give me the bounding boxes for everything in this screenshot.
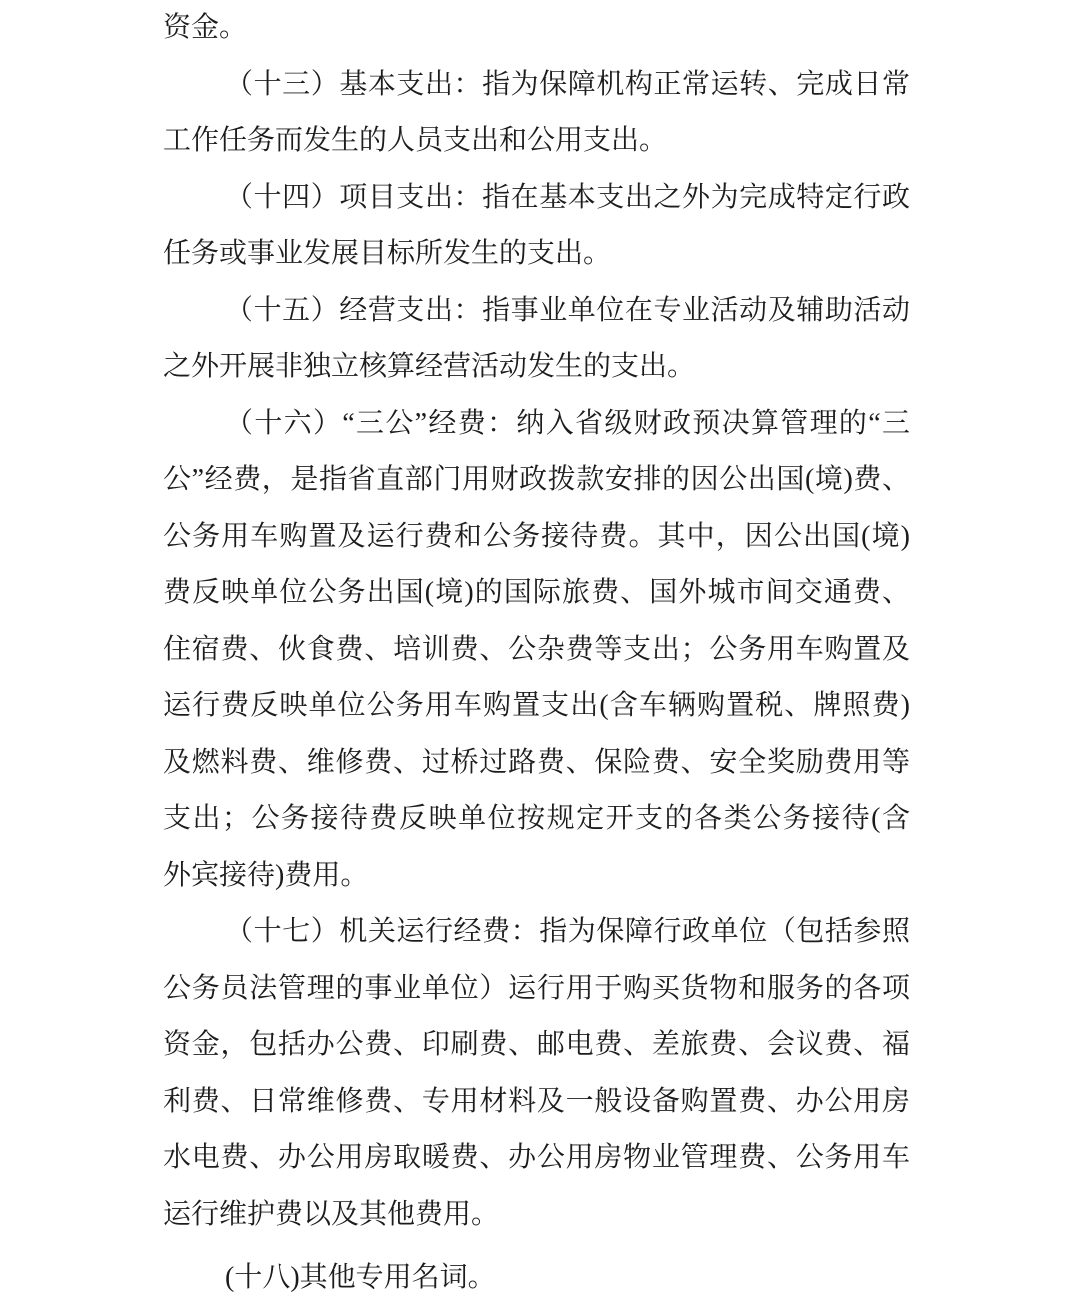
text-line: 外宾接待)费用。 [163, 848, 910, 905]
text-line: 资金，包括办公费、印刷费、邮电费、差旅费、会议费、福 [163, 1017, 910, 1074]
paragraph-item-15: （十五）经营支出：指事业单位在专业活动及辅助活动 之外开展非独立核算经营活动发生… [163, 283, 910, 396]
text-line: （十六）“三公”经费：纳入省级财政预决算管理的“三 [163, 396, 910, 453]
text-line: （十五）经营支出：指事业单位在专业活动及辅助活动 [163, 283, 910, 340]
text-line: 资金。 [163, 0, 910, 57]
paragraph-item-14: （十四）项目支出：指在基本支出之外为完成特定行政 任务或事业发展目标所发生的支出… [163, 170, 910, 283]
text-line: 水电费、办公用房取暖费、办公用房物业管理费、公务用车 [163, 1130, 910, 1187]
paragraph-item-18: (十八)其他专用名词。 [163, 1250, 910, 1307]
text-line: 及燃料费、维修费、过桥过路费、保险费、安全奖励费用等 [163, 735, 910, 792]
paragraph-item-13: （十三）基本支出：指为保障机构正常运转、完成日常 工作任务而发生的人员支出和公用… [163, 57, 910, 170]
text-line: （十七）机关运行经费：指为保障行政单位（包括参照 [163, 904, 910, 961]
text-line: (十八)其他专用名词。 [163, 1250, 910, 1307]
text-line: 运行费反映单位公务用车购置支出(含车辆购置税、牌照费) [163, 678, 910, 735]
text-line: 公务员法管理的事业单位）运行用于购买货物和服务的各项 [163, 961, 910, 1018]
text-line: 之外开展非独立核算经营活动发生的支出。 [163, 339, 910, 396]
paragraph-carryover: 资金。 [163, 0, 910, 57]
text-line: （十三）基本支出：指为保障机构正常运转、完成日常 [163, 57, 910, 114]
text-line: 公”经费，是指省直部门用财政拨款安排的因公出国(境)费、 [163, 452, 910, 509]
text-line: 任务或事业发展目标所发生的支出。 [163, 226, 910, 283]
text-line: 费反映单位公务出国(境)的国际旅费、国外城市间交通费、 [163, 565, 910, 622]
text-line: 支出；公务接待费反映单位按规定开支的各类公务接待(含 [163, 791, 910, 848]
paragraph-item-17: （十七）机关运行经费：指为保障行政单位（包括参照 公务员法管理的事业单位）运行用… [163, 904, 910, 1243]
text-line: 住宿费、伙食费、培训费、公杂费等支出；公务用车购置及 [163, 622, 910, 679]
document-page: 资金。 （十三）基本支出：指为保障机构正常运转、完成日常 工作任务而发生的人员支… [0, 0, 1074, 1307]
paragraph-item-16: （十六）“三公”经费：纳入省级财政预决算管理的“三 公”经费，是指省直部门用财政… [163, 396, 910, 905]
text-line: 利费、日常维修费、专用材料及一般设备购置费、办公用房 [163, 1074, 910, 1131]
document-text-block: 资金。 （十三）基本支出：指为保障机构正常运转、完成日常 工作任务而发生的人员支… [163, 0, 910, 1307]
text-line: 运行维护费以及其他费用。 [163, 1187, 910, 1244]
text-line: 公务用车购置及运行费和公务接待费。其中，因公出国(境) [163, 509, 910, 566]
text-line: 工作任务而发生的人员支出和公用支出。 [163, 113, 910, 170]
text-line: （十四）项目支出：指在基本支出之外为完成特定行政 [163, 170, 910, 227]
